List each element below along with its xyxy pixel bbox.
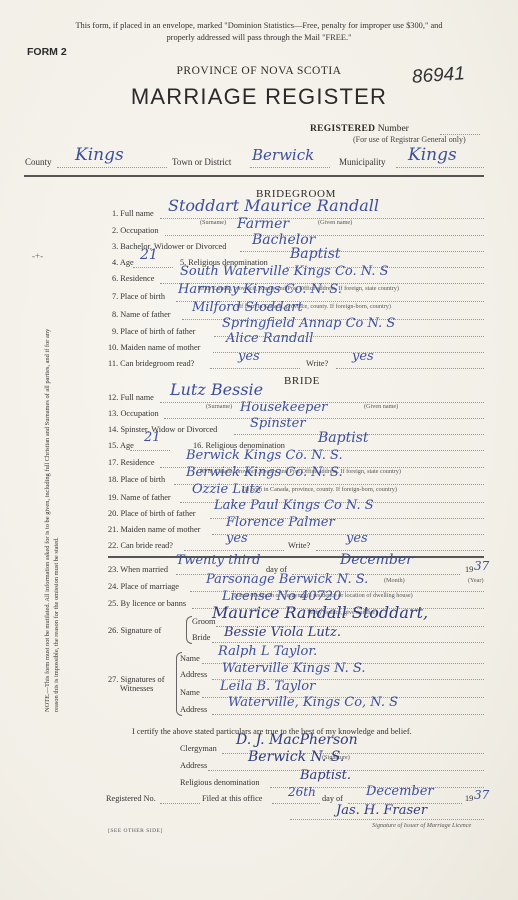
municipality-value: Kings [408, 145, 457, 165]
bride-signature-line [212, 642, 484, 643]
bride-status-label: 14. Spinster, Widow or Divorced [108, 425, 217, 434]
bride-write-value: yes [346, 531, 368, 546]
filed-day-value: 26th [288, 785, 316, 799]
groom-occupation-value: Farmer [237, 216, 289, 232]
bride-signature: Bessie Viola Lutz. [224, 625, 341, 640]
bride-occupation-value: Housekeeper [240, 400, 327, 415]
side-note: NOTE.—This form must not be mutilated. A… [44, 312, 61, 712]
groom-write-line [336, 368, 484, 369]
municipality-line [396, 167, 484, 168]
groom-father-birthplace-value: Springfield Annap Co N. S [222, 316, 395, 331]
town-value: Berwick [252, 146, 314, 164]
groom-father-birthplace-label: 9. Place of birth of father [112, 327, 195, 336]
groom-occupation-label: 2. Occupation [112, 226, 159, 235]
witness-1-address-label: Address [180, 670, 207, 679]
see-other-side-note: [SEE OTHER SIDE] [108, 828, 163, 834]
signature-of-label: 26. Signature of [108, 626, 161, 635]
bride-father-birthplace-label: 20. Place of birth of father [108, 509, 196, 518]
bride-write-label: Write? [288, 541, 310, 550]
bride-surname-caption: (Surname) [206, 403, 232, 410]
groom-religion-value: Baptist [290, 246, 341, 262]
groom-age-value: 21 [140, 247, 158, 263]
bride-father-label: 19. Name of father [108, 493, 171, 502]
bride-age-value: 21 [144, 430, 161, 445]
marriage-register-document: This form, if placed in an envelope, mar… [0, 0, 518, 900]
groom-status-line [240, 251, 484, 252]
year-prefix: 19 [465, 565, 473, 574]
groom-residence-label: 6. Residence [112, 274, 154, 283]
registered-note: (For use of Registrar General only) [353, 135, 466, 144]
issuer-caption: Signature of Issuer of Marriage Licence [372, 822, 471, 829]
licence-label: 25. By licence or banns [108, 599, 186, 608]
bride-given-caption: (Given name) [364, 403, 398, 410]
bride-section-divider [108, 556, 484, 558]
document-number: 86941 [411, 63, 465, 89]
bride-birthplace-label: 18. Place of birth [108, 475, 165, 484]
header-divider [24, 175, 484, 177]
county-line [57, 167, 167, 168]
groom-occupation-line [165, 235, 484, 236]
groom-read-value: yes [238, 349, 260, 364]
witness-1-name: Ralph L Taylor. [218, 644, 317, 659]
licence-value: License No 40720 [222, 589, 341, 604]
bride-read-line [184, 550, 284, 551]
issuer-signature: Jas. H. Fraser [336, 803, 427, 818]
witness-2-address-label: Address [180, 705, 207, 714]
month-caption: (Month) [384, 577, 405, 584]
married-year-value: 37 [474, 559, 489, 573]
filed-year-value: 37 [474, 788, 489, 802]
groom-birthplace-label: 7. Place of birth [112, 292, 165, 301]
bride-residence-value: Berwick Kings Co. N. S. [186, 448, 343, 463]
clergyman-religion: Baptist. [300, 768, 351, 783]
groom-write-value: yes [352, 349, 374, 364]
groom-birthplace-value: Harmony Kings Co. N. S. [178, 282, 342, 297]
witnesses-label-line-2: Witnesses [120, 684, 153, 693]
postage-notice-line-2: properly addressed will pass through the… [0, 32, 518, 44]
bride-write-line [316, 550, 484, 551]
witness-2-name-label: Name [180, 688, 200, 697]
groom-mother-label: 10. Maiden name of mother [108, 343, 200, 352]
witness-1-address: Waterville Kings N. S. [222, 661, 366, 676]
bride-age-line [130, 450, 170, 451]
issuer-signature-line [290, 819, 484, 820]
filed-month-value: December [366, 784, 434, 799]
number-label: Number [378, 124, 409, 134]
margin-mark: -+- [32, 251, 43, 261]
witness-2-address-line [212, 714, 484, 715]
witnesses-label-line-1: 27. Signatures of [108, 675, 164, 684]
bride-read-label: 22. Can bride read? [108, 541, 173, 550]
clergyman-label: Clergyman [180, 744, 217, 753]
groom-age-label: 4. Age [112, 258, 134, 267]
groom-mother-value: Alice Randall [226, 331, 313, 346]
town-line [250, 167, 330, 168]
witness-1-name-label: Name [180, 654, 200, 663]
bride-heading: BRIDE [284, 375, 320, 387]
year-caption: (Year) [468, 577, 484, 584]
groom-full-name-value: Stoddart Maurice Randall [168, 196, 379, 215]
registered-number-field: REGISTERED Number [310, 124, 409, 134]
county-label: County [25, 157, 52, 167]
witness-2-address: Waterville, Kings Co, N. S [228, 695, 398, 710]
place-of-marriage-value: Parsonage Berwick N. S. [206, 572, 368, 587]
groom-father-label: 8. Name of father [112, 310, 171, 319]
bride-read-value: yes [226, 531, 248, 546]
postage-notice: This form, if placed in an envelope, mar… [0, 20, 518, 44]
registered-label: REGISTERED [310, 124, 375, 134]
bride-father-birthplace-value: Lake Paul Kings Co N. S [214, 498, 374, 513]
bride-full-name-label: 12. Full name [108, 393, 154, 402]
bride-full-name-value: Lutz Bessie [170, 380, 263, 399]
bride-birthplace-value: Berwick Kings Co. N. S. [186, 465, 343, 480]
document-title: MARRIAGE REGISTER [0, 84, 518, 110]
filed-year-prefix: 19 [465, 794, 473, 803]
clergyman-signature: D. J. MacPherson [236, 732, 358, 748]
bride-occupation-label: 13. Occupation [108, 409, 159, 418]
groom-age-line [133, 267, 173, 268]
county-value: Kings [75, 145, 124, 165]
witness-2-name: Leila B. Taylor [220, 679, 315, 694]
groom-status-label: 3. Bachelor, Widower or Divorced [112, 242, 226, 251]
groom-father-value: Milford Stoddart [192, 300, 303, 315]
groom-full-name-label: 1. Full name [112, 209, 154, 218]
clergyman-address: Berwick N. S. [248, 749, 344, 765]
married-day-value: Twenty third [176, 553, 260, 568]
registered-no-line [160, 803, 200, 804]
bride-occupation-line [164, 418, 484, 419]
groom-write-label: Write? [306, 359, 328, 368]
filed-day-of-label: day of [322, 794, 343, 803]
bride-birthplace-caption: (If born in Canada, province, county. If… [243, 486, 397, 493]
postage-notice-line-1: This form, if placed in an envelope, mar… [0, 20, 518, 32]
registered-no-label: Registered No. [106, 794, 156, 803]
filed-label: Filed at this office [202, 794, 262, 803]
filed-day-line [272, 803, 320, 804]
municipality-label: Municipality [339, 157, 386, 167]
bride-mother-value: Florence Palmer [226, 515, 335, 530]
clergyman-religion-label: Religious denomination [180, 778, 260, 787]
groom-read-line [210, 368, 300, 369]
bride-age-label: 15. Age [108, 441, 134, 450]
form-label: FORM 2 [27, 46, 67, 58]
married-month-value: December [340, 552, 413, 568]
bride-father-value: Ozzie Lutz [192, 482, 261, 497]
clergyman-address-label: Address [180, 761, 207, 770]
groom-signature: Maurice Randall Stoddart, [212, 603, 428, 622]
groom-surname-caption: (Surname) [200, 219, 226, 226]
bride-residence-label: 17. Residence [108, 458, 155, 467]
groom-read-label: 11. Can bridegroom read? [108, 359, 194, 368]
bride-mother-label: 21. Maiden name of mother [108, 525, 200, 534]
place-of-marriage-label: 24. Place of marriage [108, 582, 179, 591]
bride-status-value: Spinster [250, 416, 306, 431]
groom-given-caption: (Given name) [318, 219, 352, 226]
groom-residence-value: South Waterville Kings Co. N. S [180, 264, 388, 279]
bride-religion-value: Baptist [318, 430, 369, 446]
when-married-label: 23. When married [108, 565, 168, 574]
bride-signature-label: Bride [192, 633, 210, 642]
town-label: Town or District [172, 157, 231, 167]
